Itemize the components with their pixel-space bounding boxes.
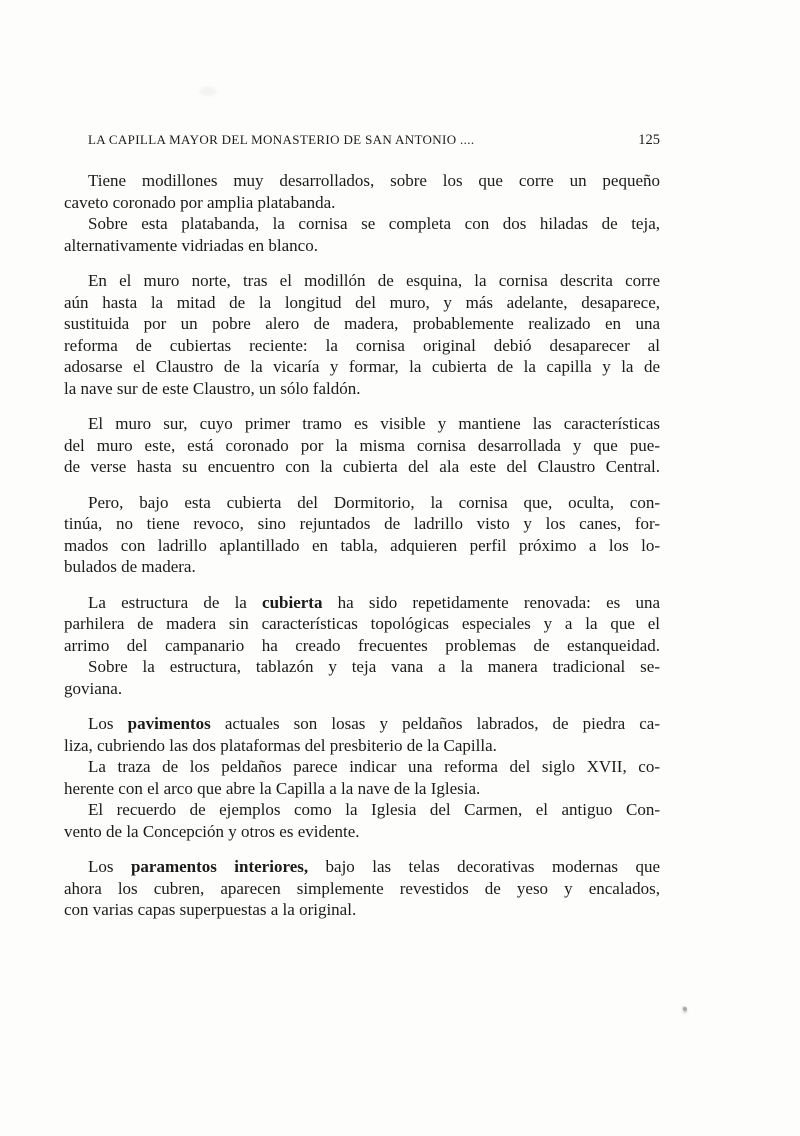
text-line: Sobre la estructura, tablazón y teja van… — [64, 656, 660, 678]
text-line: del muro este, está coronado por la mism… — [64, 435, 660, 457]
text-line: La traza de los peldaños parece indicar … — [64, 756, 660, 778]
scan-smudge — [199, 87, 217, 96]
paragraph: Sobre esta platabanda, la cornisa se com… — [64, 213, 660, 256]
text-line: El muro sur, cuyo primer tramo es visibl… — [64, 413, 660, 435]
running-header-title: LA CAPILLA MAYOR DEL MONASTERIO DE SAN A… — [64, 132, 474, 148]
text-line: El recuerdo de ejemplos como la Iglesia … — [64, 799, 660, 821]
paragraph: La estructura de la cubierta ha sido rep… — [64, 592, 660, 657]
text-line: liza, cubriendo las dos plataformas del … — [64, 735, 660, 757]
paragraph: En el muro norte, tras el modillón de es… — [64, 270, 660, 399]
text-line: bulados de madera. — [64, 556, 660, 578]
text-line: goviana. — [64, 678, 660, 700]
text-line: mados con ladrillo aplantillado en tabla… — [64, 535, 660, 557]
paragraph: Pero, bajo esta cubierta del Dormitorio,… — [64, 492, 660, 578]
text-line: reforma de cubiertas reciente: la cornis… — [64, 335, 660, 357]
text-line: ahora los cubren, aparecen simplemente r… — [64, 878, 660, 900]
text-line: alternativamente vidriadas en blanco. — [64, 235, 660, 257]
text-line: Los pavimentos actuales son losas y peld… — [64, 713, 660, 735]
scan-speck — [683, 1007, 687, 1011]
scanned-page: LA CAPILLA MAYOR DEL MONASTERIO DE SAN A… — [0, 0, 800, 1136]
text-line: adosarse el Claustro de la vicaría y for… — [64, 356, 660, 378]
text-line: arrimo del campanario ha creado frecuent… — [64, 635, 660, 657]
text-line: Tiene modillones muy desarrollados, sobr… — [64, 170, 660, 192]
paragraph: El recuerdo de ejemplos como la Iglesia … — [64, 799, 660, 842]
text-line: Sobre esta platabanda, la cornisa se com… — [64, 213, 660, 235]
text-line: la nave sur de este Claustro, un sólo fa… — [64, 378, 660, 400]
paragraph: Los paramentos interiores, bajo las tela… — [64, 856, 660, 921]
page-body: Tiene modillones muy desarrollados, sobr… — [64, 170, 660, 921]
text-line: Los paramentos interiores, bajo las tela… — [64, 856, 660, 878]
text-line: caveto coronado por amplia platabanda. — [64, 192, 660, 214]
text-line: aún hasta la mitad de la longitud del mu… — [64, 292, 660, 314]
text-line: tinúa, no tiene revoco, sino rejuntados … — [64, 513, 660, 535]
paragraph: Tiene modillones muy desarrollados, sobr… — [64, 170, 660, 213]
text-line: En el muro norte, tras el modillón de es… — [64, 270, 660, 292]
text-line: parhilera de madera sin características … — [64, 613, 660, 635]
text-line: La estructura de la cubierta ha sido rep… — [64, 592, 660, 614]
text-line: de verse hasta su encuentro con la cubie… — [64, 456, 660, 478]
paragraph: La traza de los peldaños parece indicar … — [64, 756, 660, 799]
page-number: 125 — [638, 132, 660, 149]
text-line: vento de la Concepción y otros es eviden… — [64, 821, 660, 843]
paragraph: El muro sur, cuyo primer tramo es visibl… — [64, 413, 660, 478]
text-line: sustituida por un pobre alero de madera,… — [64, 313, 660, 335]
text-line: Pero, bajo esta cubierta del Dormitorio,… — [64, 492, 660, 514]
text-line: herente con el arco que abre la Capilla … — [64, 778, 660, 800]
text-line: con varias capas superpuestas a la origi… — [64, 899, 660, 921]
running-header: LA CAPILLA MAYOR DEL MONASTERIO DE SAN A… — [64, 132, 660, 149]
paragraph: Sobre la estructura, tablazón y teja van… — [64, 656, 660, 699]
paragraph: Los pavimentos actuales son losas y peld… — [64, 713, 660, 756]
